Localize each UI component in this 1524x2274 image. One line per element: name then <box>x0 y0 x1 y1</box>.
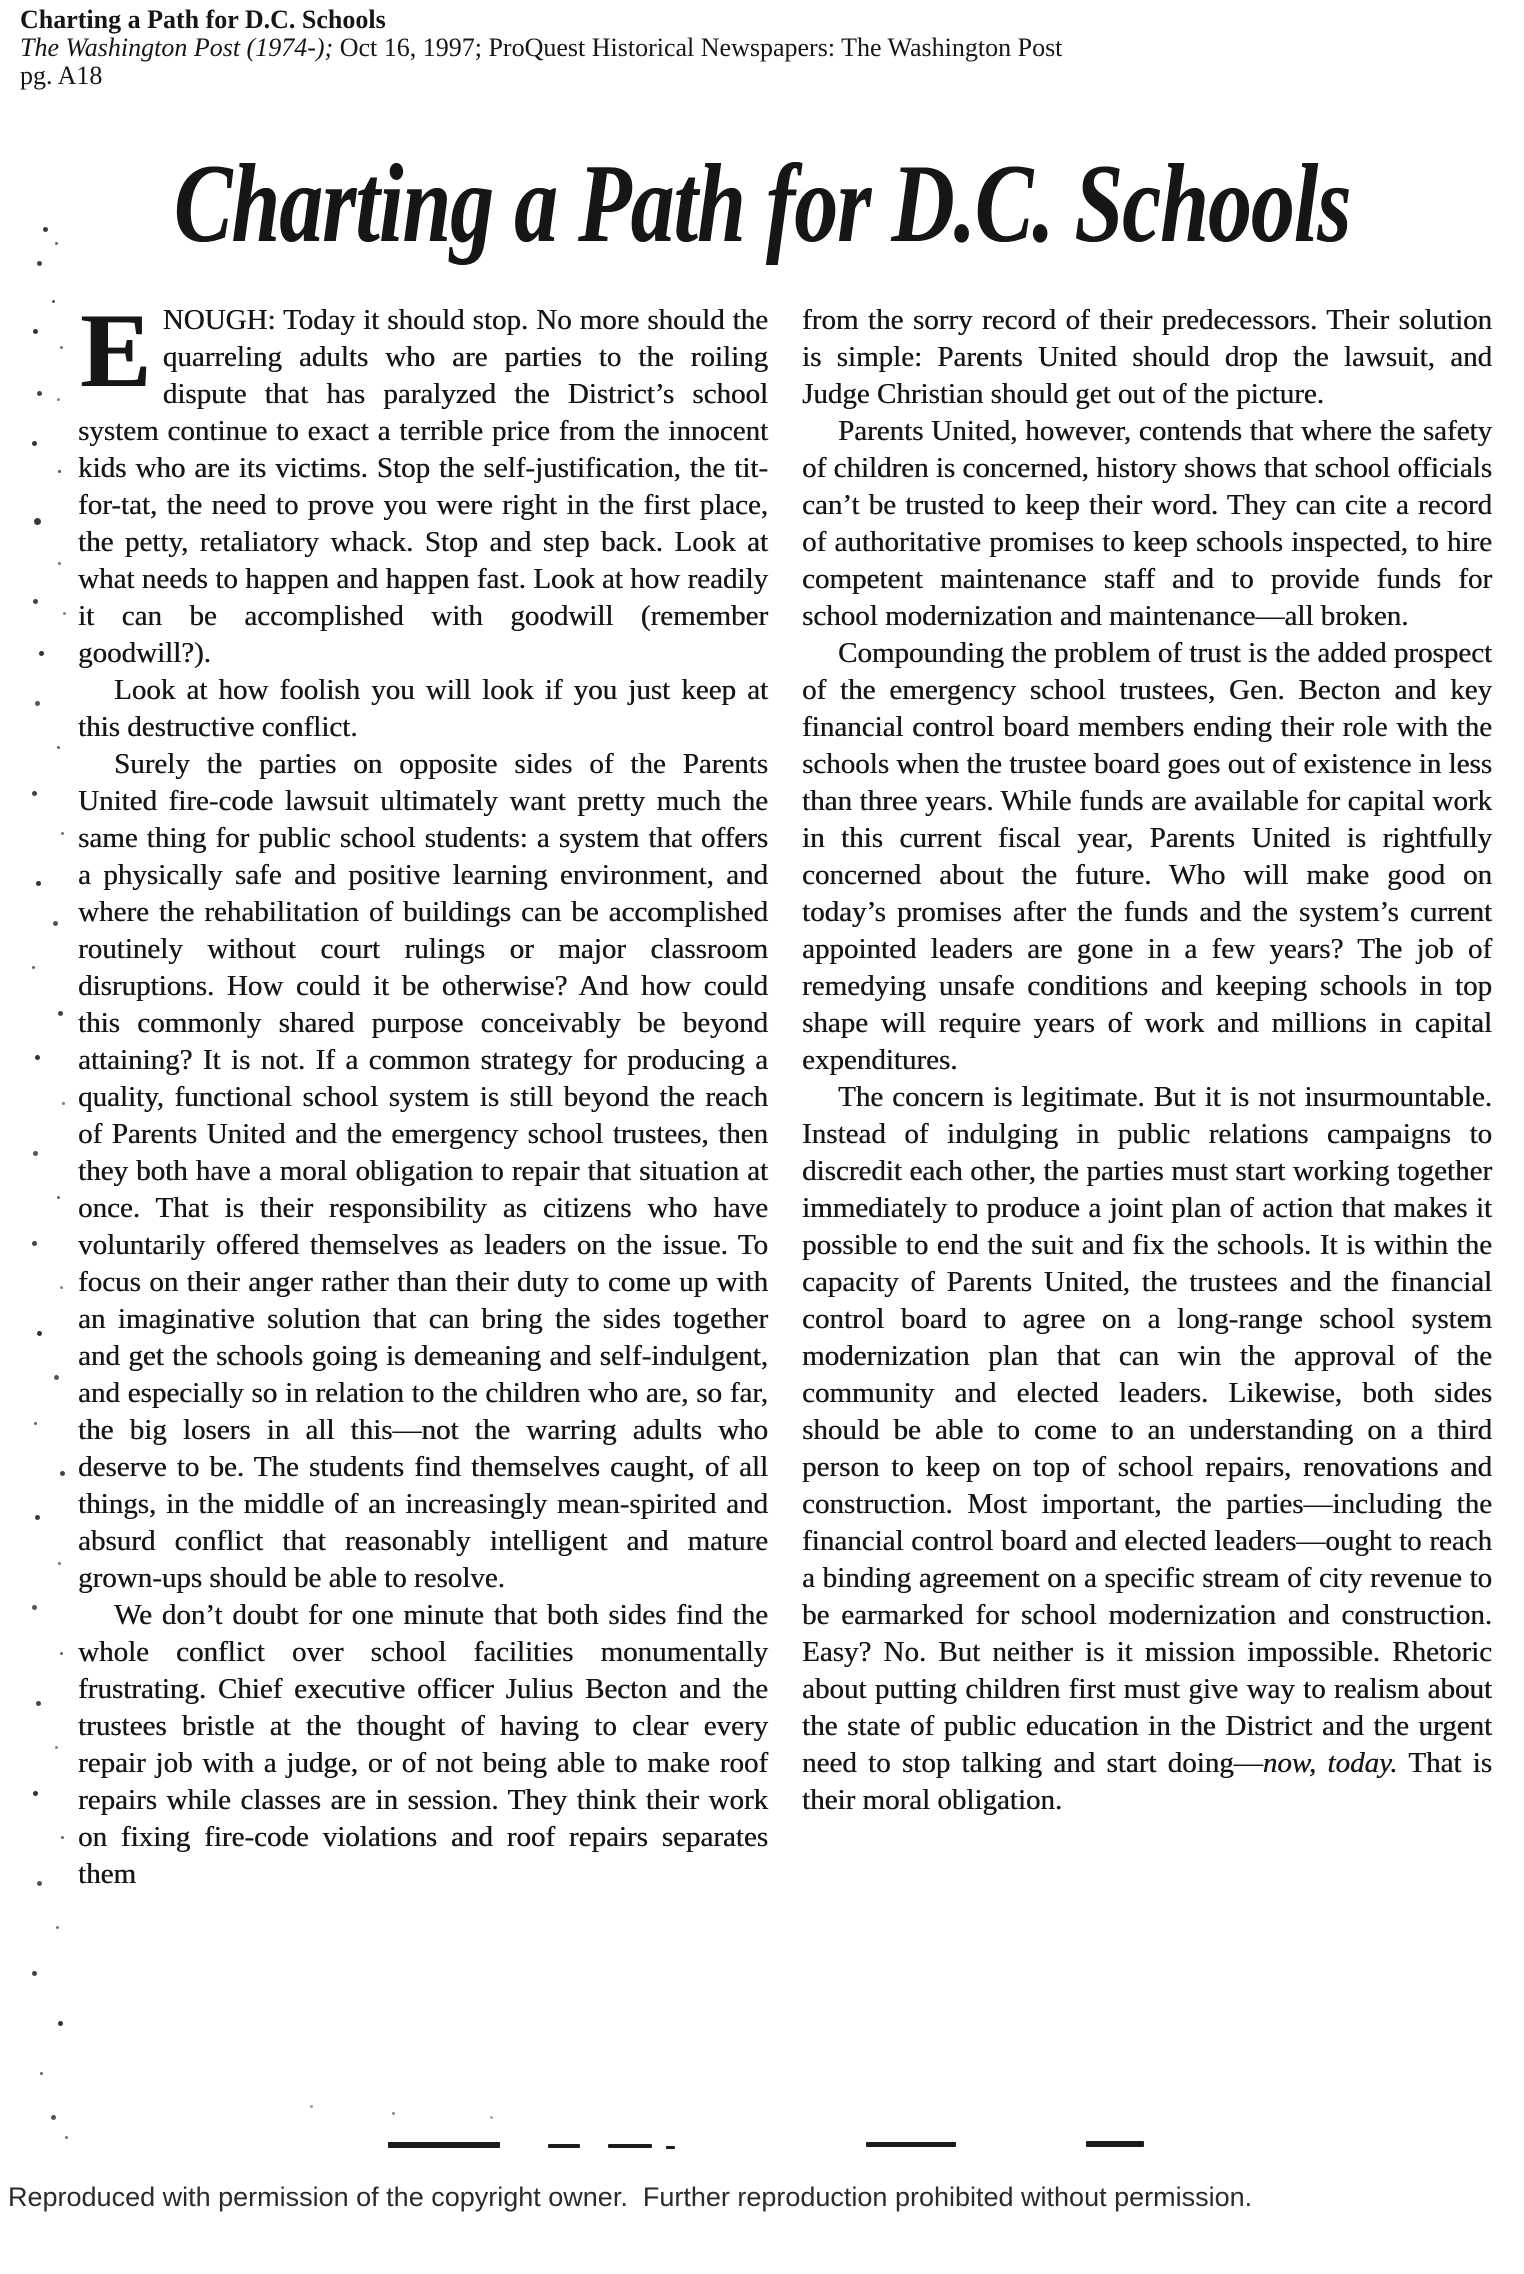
citation-header: Charting a Path for D.C. Schools The Was… <box>20 6 1062 90</box>
scan-noise <box>0 0 3 3</box>
torn-rule-segment <box>866 2142 956 2147</box>
citation-source-line: The Washington Post (1974-); Oct 16, 199… <box>20 34 1062 62</box>
paragraph-text: NOUGH: Today it should stop. No more sho… <box>78 304 768 669</box>
copyright-footer: Reproduced with permission of the copyri… <box>8 2182 1252 2213</box>
citation-source-name: The Washington Post (1974-); <box>20 33 333 62</box>
article-headline: Charting a Path for D.C. Schools <box>0 148 1524 260</box>
emphasized-text: now, today. <box>1263 1747 1398 1779</box>
paragraph: Parents United, however, contends that w… <box>802 413 1492 635</box>
drop-cap: E <box>80 306 151 396</box>
right-column: from the sorry record of their predecess… <box>802 302 1492 1893</box>
torn-rule-segment <box>1086 2141 1144 2147</box>
citation-page-number: pg. A18 <box>20 62 1062 90</box>
paragraph: from the sorry record of their predecess… <box>802 302 1492 413</box>
paragraph: Compounding the problem of trust is the … <box>802 635 1492 1079</box>
torn-rule-segment <box>548 2144 580 2148</box>
torn-rule-segment <box>666 2146 675 2149</box>
paragraph: ENOUGH: Today it should stop. No more sh… <box>78 302 768 672</box>
article-body: ENOUGH: Today it should stop. No more sh… <box>78 302 1492 1893</box>
paragraph: Surely the parties on opposite sides of … <box>78 746 768 1597</box>
newspaper-scan-page: Charting a Path for D.C. Schools The Was… <box>0 0 1524 2274</box>
article-headline-text: Charting a Path for D.C. Schools <box>174 148 1351 260</box>
torn-rule-segment <box>608 2144 652 2148</box>
left-column: ENOUGH: Today it should stop. No more sh… <box>78 302 768 1893</box>
paragraph: The concern is legitimate. But it is not… <box>802 1079 1492 1819</box>
paragraph: We don’t doubt for one minute that both … <box>78 1597 768 1893</box>
citation-source-date: Oct 16, 1997; ProQuest Historical Newspa… <box>333 33 1062 62</box>
paragraph-text: The concern is legitimate. But it is not… <box>802 1081 1492 1779</box>
torn-rule-segment <box>388 2142 500 2148</box>
citation-title: Charting a Path for D.C. Schools <box>20 6 1062 34</box>
paragraph: Look at how foolish you will look if you… <box>78 672 768 746</box>
